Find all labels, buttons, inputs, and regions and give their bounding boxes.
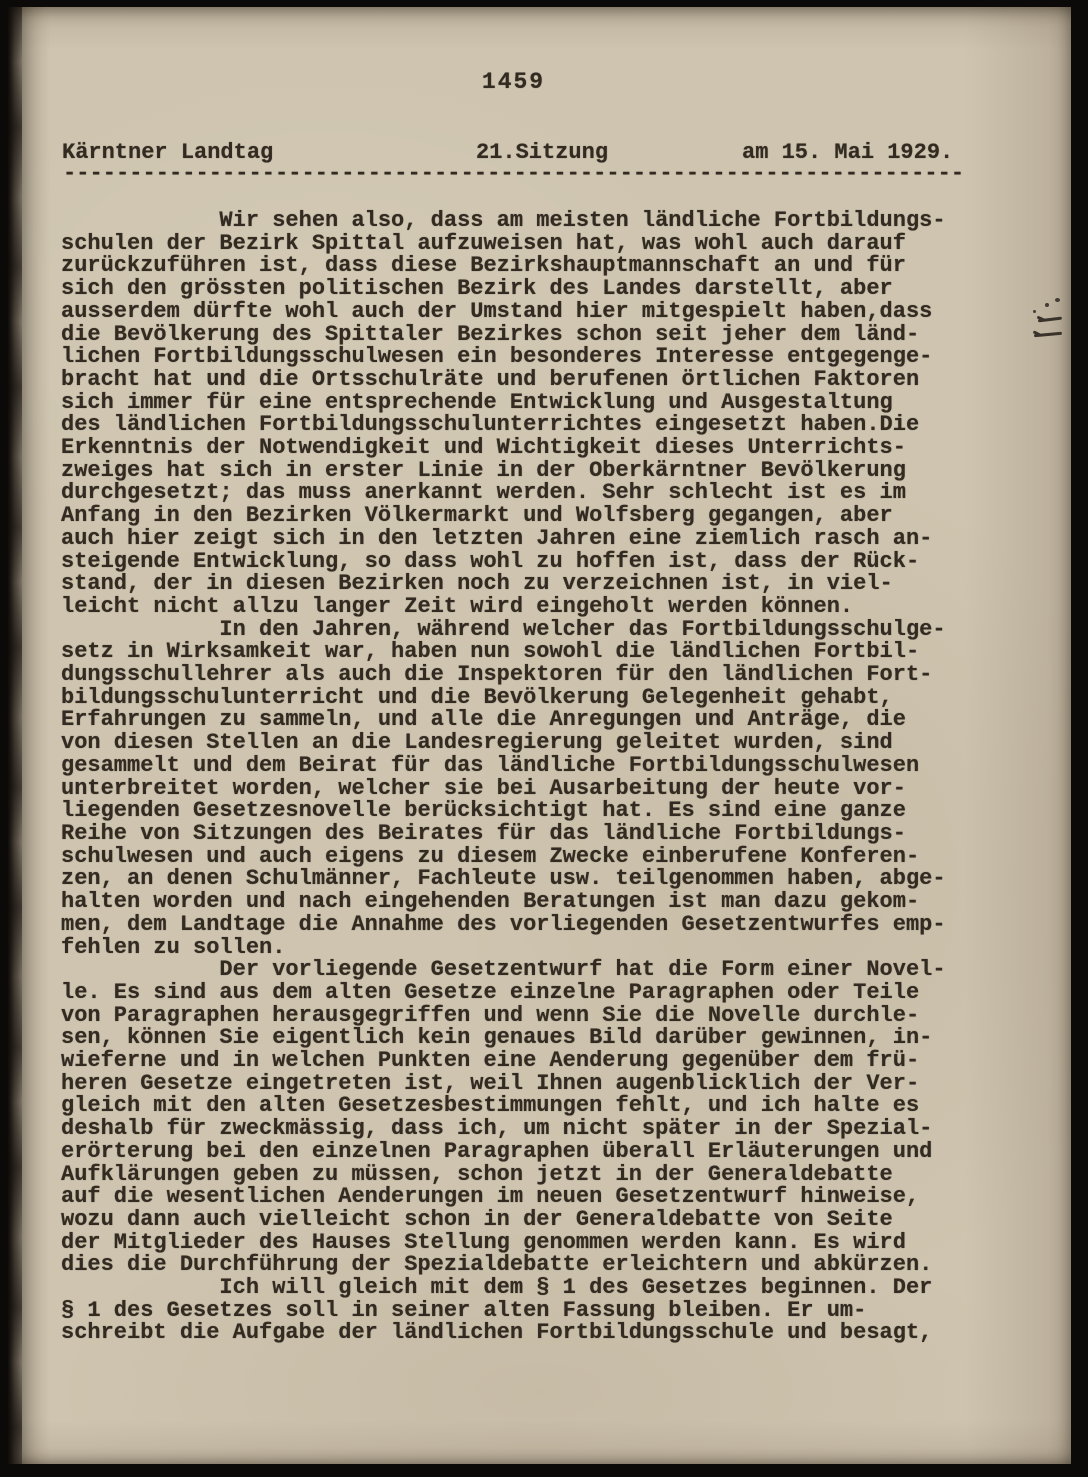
ink-stroke xyxy=(1038,317,1062,323)
speech-body: Wir sehen also, dass am meisten ländlich… xyxy=(61,210,991,1345)
ink-dot xyxy=(1033,310,1036,313)
paragraph-spittal-schools: Wir sehen also, dass am meisten ländlich… xyxy=(61,210,991,619)
header-divider-dashes: ----------------------------------------… xyxy=(63,162,964,186)
ink-dot xyxy=(1055,298,1060,302)
paragraph-novelle-form: Der vorliegende Gesetzentwurf hat die Fo… xyxy=(61,959,991,1277)
ink-stroke xyxy=(1034,332,1062,337)
ink-dot xyxy=(1045,303,1049,307)
paragraph-beirat-conferences: In den Jahren, während welcher das Fortb… xyxy=(61,619,991,960)
page-number: 1459 xyxy=(0,69,1045,95)
scan-left-edge-shadow xyxy=(8,7,22,1464)
scanned-document-page: { "document": { "page_number": "1459", "… xyxy=(0,0,1088,1477)
paragraph-section-1: Ich will gleich mit dem § 1 des Gesetzes… xyxy=(61,1277,991,1345)
paper-sheet: 1459 Kärntner Landtag 21.Sitzung am 15. … xyxy=(8,7,1071,1464)
